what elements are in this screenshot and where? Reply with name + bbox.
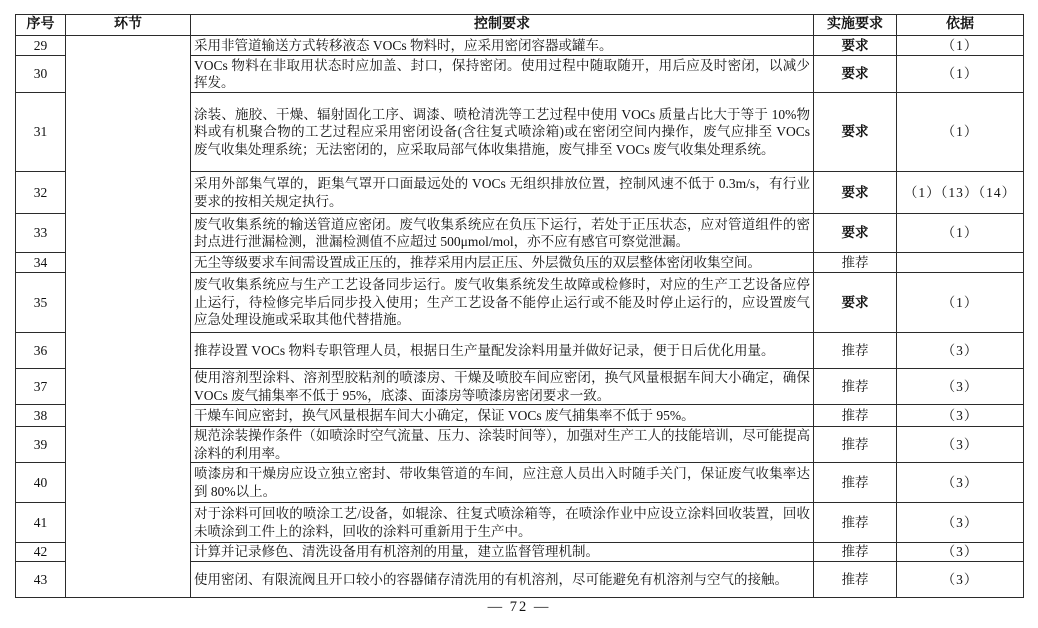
implementation-requirement: 要求 bbox=[814, 214, 897, 253]
basis: （3） bbox=[897, 503, 1024, 543]
control-requirement: 涂装、施胶、干燥、辐射固化工序、调漆、喷枪清洗等工艺过程中使用 VOCs 质量占… bbox=[191, 93, 814, 172]
implementation-requirement: 推荐 bbox=[814, 562, 897, 598]
control-requirement: 无尘等级要求车间需设置成正压的，推荐采用内层正压、外层微负压的双层整体密闭收集空… bbox=[191, 253, 814, 273]
document-page: 序号 环节 控制要求 实施要求 依据 29 采用非管道输送方式转移液态 VOCs… bbox=[0, 0, 1038, 628]
implementation-requirement: 要求 bbox=[814, 273, 897, 333]
control-requirement: 干燥车间应密封，换气风量根据车间大小确定，保证 VOCs 废气捕集率不低于 95… bbox=[191, 405, 814, 427]
basis: （1） bbox=[897, 273, 1024, 333]
row-number: 42 bbox=[16, 543, 66, 562]
row-number: 29 bbox=[16, 36, 66, 56]
row-number: 36 bbox=[16, 333, 66, 369]
basis: （3） bbox=[897, 427, 1024, 463]
table-row: 29 采用非管道输送方式转移液态 VOCs 物料时，应采用密闭容器或罐车。 要求… bbox=[16, 36, 1024, 56]
control-requirement: 废气收集系统应与生产工艺设备同步运行。废气收集系统发生故障或检修时，对应的生产工… bbox=[191, 273, 814, 333]
control-requirement: 采用外部集气罩的，距集气罩开口面最远处的 VOCs 无组织排放位置，控制风速不低… bbox=[191, 172, 814, 214]
basis: （3） bbox=[897, 369, 1024, 405]
control-requirement: 计算并记录修色、清洗设备用有机溶剂的用量，建立监督管理机制。 bbox=[191, 543, 814, 562]
implementation-requirement: 推荐 bbox=[814, 333, 897, 369]
basis bbox=[897, 253, 1024, 273]
row-number: 38 bbox=[16, 405, 66, 427]
header-basis: 依据 bbox=[897, 15, 1024, 36]
basis: （1） bbox=[897, 93, 1024, 172]
row-number: 31 bbox=[16, 93, 66, 172]
basis: （3） bbox=[897, 405, 1024, 427]
header-stage: 环节 bbox=[66, 15, 191, 36]
control-requirement: 使用溶剂型涂料、溶剂型胶粘剂的喷漆房、干燥及喷胶车间应密闭，换气风量根据车间大小… bbox=[191, 369, 814, 405]
header-impl: 实施要求 bbox=[814, 15, 897, 36]
control-requirement: 废气收集系统的输送管道应密闭。废气收集系统应在负压下运行，若处于正压状态，应对管… bbox=[191, 214, 814, 253]
control-requirement: 对于涂料可回收的喷涂工艺/设备，如辊涂、往复式喷涂箱等，在喷涂作业中应设立涂料回… bbox=[191, 503, 814, 543]
implementation-requirement: 要求 bbox=[814, 56, 897, 93]
row-number: 41 bbox=[16, 503, 66, 543]
voc-control-requirements-table: 序号 环节 控制要求 实施要求 依据 29 采用非管道输送方式转移液态 VOCs… bbox=[15, 14, 1024, 598]
implementation-requirement: 推荐 bbox=[814, 463, 897, 503]
basis: （3） bbox=[897, 562, 1024, 598]
basis: （1） bbox=[897, 214, 1024, 253]
row-number: 43 bbox=[16, 562, 66, 598]
control-requirement: 采用非管道输送方式转移液态 VOCs 物料时，应采用密闭容器或罐车。 bbox=[191, 36, 814, 56]
control-requirement: 推荐设置 VOCs 物料专职管理人员，根据日生产量配发涂料用量并做好记录，便于日… bbox=[191, 333, 814, 369]
row-number: 39 bbox=[16, 427, 66, 463]
basis: （3） bbox=[897, 333, 1024, 369]
implementation-requirement: 推荐 bbox=[814, 253, 897, 273]
control-requirement: 喷漆房和干燥房应设立独立密封、带收集管道的车间，应注意人员出入时随手关门，保证废… bbox=[191, 463, 814, 503]
basis: （1）（13）（14） bbox=[897, 172, 1024, 214]
header-control: 控制要求 bbox=[191, 15, 814, 36]
stage-merged-cell bbox=[66, 36, 191, 598]
row-number: 33 bbox=[16, 214, 66, 253]
basis: （1） bbox=[897, 56, 1024, 93]
control-requirement: 使用密闭、有限流阀且开口较小的容器储存清洗用的有机溶剂，尽可能避免有机溶剂与空气… bbox=[191, 562, 814, 598]
basis: （1） bbox=[897, 36, 1024, 56]
control-requirement: VOCs 物料在非取用状态时应加盖、封口，保持密闭。使用过程中随取随开，用后应及… bbox=[191, 56, 814, 93]
page-number: — 72 — bbox=[0, 599, 1038, 616]
implementation-requirement: 推荐 bbox=[814, 543, 897, 562]
row-number: 37 bbox=[16, 369, 66, 405]
control-requirement: 规范涂装操作条件（如喷涂时空气流量、压力、涂装时间等），加强对生产工人的技能培训… bbox=[191, 427, 814, 463]
implementation-requirement: 要求 bbox=[814, 172, 897, 214]
row-number: 32 bbox=[16, 172, 66, 214]
row-number: 34 bbox=[16, 253, 66, 273]
row-number: 40 bbox=[16, 463, 66, 503]
implementation-requirement: 推荐 bbox=[814, 427, 897, 463]
implementation-requirement: 推荐 bbox=[814, 503, 897, 543]
implementation-requirement: 推荐 bbox=[814, 405, 897, 427]
basis: （3） bbox=[897, 463, 1024, 503]
implementation-requirement: 要求 bbox=[814, 93, 897, 172]
implementation-requirement: 推荐 bbox=[814, 369, 897, 405]
basis: （3） bbox=[897, 543, 1024, 562]
row-number: 35 bbox=[16, 273, 66, 333]
table-header-row: 序号 环节 控制要求 实施要求 依据 bbox=[16, 15, 1024, 36]
implementation-requirement: 要求 bbox=[814, 36, 897, 56]
row-number: 30 bbox=[16, 56, 66, 93]
header-no: 序号 bbox=[16, 15, 66, 36]
